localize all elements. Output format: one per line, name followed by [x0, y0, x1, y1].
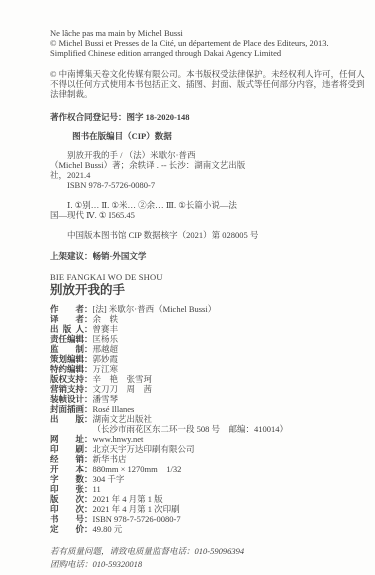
credit-label: 印 刷： [50, 444, 93, 454]
credit-row: 作 者：[法] 米歇尔·普西（Michel Bussi） [50, 304, 341, 314]
credit-label: 译 者： [50, 314, 93, 324]
cip-isbn: ISBN 978-7-5726-0080-7 [50, 180, 341, 190]
credit-value: 余 轶 [93, 314, 119, 324]
credit-value: 11 [93, 484, 101, 494]
copyright-registration-number: 著作权合同登记号：图字 18-2020-148 [50, 112, 341, 122]
credit-row: 版权支持：辛 艳 张雪珂 [50, 374, 341, 384]
credit-value: 2021 年 4 月第 1 版 [93, 494, 163, 504]
credit-label: 特约编辑： [50, 364, 93, 374]
credit-label: 经 销： [50, 454, 93, 464]
footer-hotlines: 若有质量问题，请致电质量监督电话：010-59096394 团购电话：010-5… [50, 545, 341, 571]
credit-label: 定 价： [50, 524, 93, 534]
cip-desc-line-2: （Michel Bussi）著；余轶译 . -- 长沙：湖南文艺出版 [50, 160, 341, 170]
credit-label: 书 号： [50, 514, 93, 524]
credit-label: 版 次： [50, 494, 93, 504]
quality-hotline: 若有质量问题，请致电质量监督电话：010-59096394 [50, 545, 341, 558]
credit-value: 49.80 元 [93, 524, 123, 534]
credit-label: 开 本： [50, 464, 93, 474]
credit-row: 出 版：湖南文艺出版社（长沙市雨花区东二环一段 508 号 邮编：410014） [50, 414, 341, 434]
title-chinese: 别放开我的手 [50, 283, 341, 297]
credit-row: 出 版 人：曾赛丰 [50, 324, 341, 334]
credit-label: 装帧设计： [50, 394, 93, 404]
credit-label: 封面插画： [50, 404, 93, 414]
group-purchase-hotline: 团购电话：010-59320018 [50, 558, 341, 571]
credit-label: 责任编辑： [50, 334, 93, 344]
credit-value: 万江寒 [93, 364, 119, 374]
credit-row: 网 址：www.hnwy.net [50, 434, 341, 444]
copyright-notice-line-3: 法律制裁。 [50, 89, 341, 99]
credit-value: 880mm × 1270mm 1/32 [93, 464, 182, 474]
cip-desc-line-1: 别放开我的手 / （法）米歇尔·普西 [50, 150, 341, 160]
credit-row: 策划编辑：郭妙霞 [50, 354, 341, 364]
credit-value: 湖南文艺出版社 [93, 414, 153, 424]
credit-value: www.hnwy.net [93, 434, 144, 444]
credit-row: 印 张：11 [50, 484, 341, 494]
credit-value: 潘雪琴 [93, 394, 119, 404]
credit-value: 邢越超 [93, 344, 119, 354]
credit-value: 匡杨乐 [93, 334, 119, 344]
credit-row: 版 次：2021 年 4 月第 1 版 [50, 494, 341, 504]
credit-row: 监 制：邢越超 [50, 344, 341, 354]
credit-value: 辛 艳 张雪珂 [93, 374, 153, 384]
cip-description: 别放开我的手 / （法）米歇尔·普西 （Michel Bussi）著；余轶译 .… [50, 150, 341, 190]
credit-value: 曾赛丰 [93, 324, 119, 334]
credit-row: 书 号：ISBN 978-7-5726-0080-7 [50, 514, 341, 524]
credit-row: 营销支持：文刀刀 周 茜 [50, 384, 341, 394]
credit-row: 译 者：余 轶 [50, 314, 341, 324]
cip-classification: Ⅰ. ①别… Ⅱ. ①米… ②余… Ⅲ. ①长篇小说—法 国—现代 Ⅳ. ① I… [50, 200, 341, 220]
credit-value: 郭妙霞 [93, 354, 119, 364]
credit-label: 字 数： [50, 474, 93, 484]
credit-row: 装帧设计：潘雪琴 [50, 394, 341, 404]
publication-credits: 作 者：[法] 米歇尔·普西（Michel Bussi） 译 者：余 轶 出 版… [50, 304, 341, 534]
copyright-notice-line-1: © 中南博集天卷文化传媒有限公司。本书版权受法律保护。未经权利人许可，任何人 [50, 69, 341, 79]
credit-label: 作 者： [50, 304, 93, 314]
credit-value: [法] 米歇尔·普西（Michel Bussi） [93, 304, 217, 314]
credit-row: 经 销：新华书店 [50, 454, 341, 464]
credit-value: 北京天宇万达印刷有限公司 [93, 444, 195, 454]
foreign-rights-line-3: Simplified Chinese edition arranged thro… [50, 48, 341, 58]
credit-row: 印 刷：北京天宇万达印刷有限公司 [50, 444, 341, 454]
credit-value: 2021 年 4 月第 1 次印刷 [93, 504, 180, 514]
credit-row: 责任编辑：匡杨乐 [50, 334, 341, 344]
credit-value: Rosé Illanes [93, 404, 135, 414]
credit-value: 文刀刀 周 茜 [93, 384, 153, 394]
credit-label: 印 次： [50, 504, 93, 514]
foreign-rights-line-2: © Michel Bussi et Presses de la Cité, un… [50, 38, 341, 48]
credit-row: 封面插画：Rosé Illanes [50, 404, 341, 414]
shelf-advice: 上架建议：畅销·外国文学 [50, 251, 341, 261]
credit-label: 策划编辑： [50, 354, 93, 364]
credit-extra: （长沙市雨花区东二环一段 508 号 邮编：410014） [50, 424, 341, 434]
credit-value: ISBN 978-7-5726-0080-7 [93, 514, 181, 524]
cip-header: 图书在版编目（CIP）数据 [50, 131, 341, 141]
copyright-notice-line-2: 不得以任何方式使用本书包括正文、插图、封面、版式等任何部分内容，违者将受到 [50, 79, 341, 89]
credit-label: 出 版 人： [50, 324, 93, 334]
cip-class-line-2: 国—现代 Ⅳ. ① I565.45 [50, 210, 341, 220]
copyright-page: Ne lâche pas ma main by Michel Bussi © M… [0, 0, 375, 571]
credit-label: 营销支持： [50, 384, 93, 394]
credit-row: 开 本：880mm × 1270mm 1/32 [50, 464, 341, 474]
cip-desc-line-3: 社，2021.4 [50, 170, 341, 180]
credit-row: 字 数：304 千字 [50, 474, 341, 484]
cip-class-line-1: Ⅰ. ①别… Ⅱ. ①米… ②余… Ⅲ. ①长篇小说—法 [50, 200, 341, 210]
credit-value: 新华书店 [93, 454, 127, 464]
cip-record-number: 中国版本图书馆 CIP 数据核字（2021）第 028005 号 [50, 230, 341, 240]
foreign-rights-notice: Ne lâche pas ma main by Michel Bussi © M… [50, 28, 341, 58]
copyright-protection-notice: © 中南博集天卷文化传媒有限公司。本书版权受法律保护。未经权利人许可，任何人 不… [50, 69, 341, 99]
credit-row: 特约编辑：万江寒 [50, 364, 341, 374]
credit-label: 网 址： [50, 434, 93, 444]
credit-row: 印 次：2021 年 4 月第 1 次印刷 [50, 504, 341, 514]
credit-value: 304 千字 [93, 474, 125, 484]
credit-row: 定 价：49.80 元 [50, 524, 341, 534]
credit-label: 监 制： [50, 344, 93, 354]
title-pinyin: BIE FANGKAI WO DE SHOU [50, 272, 341, 283]
credit-label: 印 张： [50, 484, 93, 494]
credit-label: 出 版： [50, 414, 93, 424]
foreign-rights-line-1: Ne lâche pas ma main by Michel Bussi [50, 28, 341, 38]
credit-label: 版权支持： [50, 374, 93, 384]
